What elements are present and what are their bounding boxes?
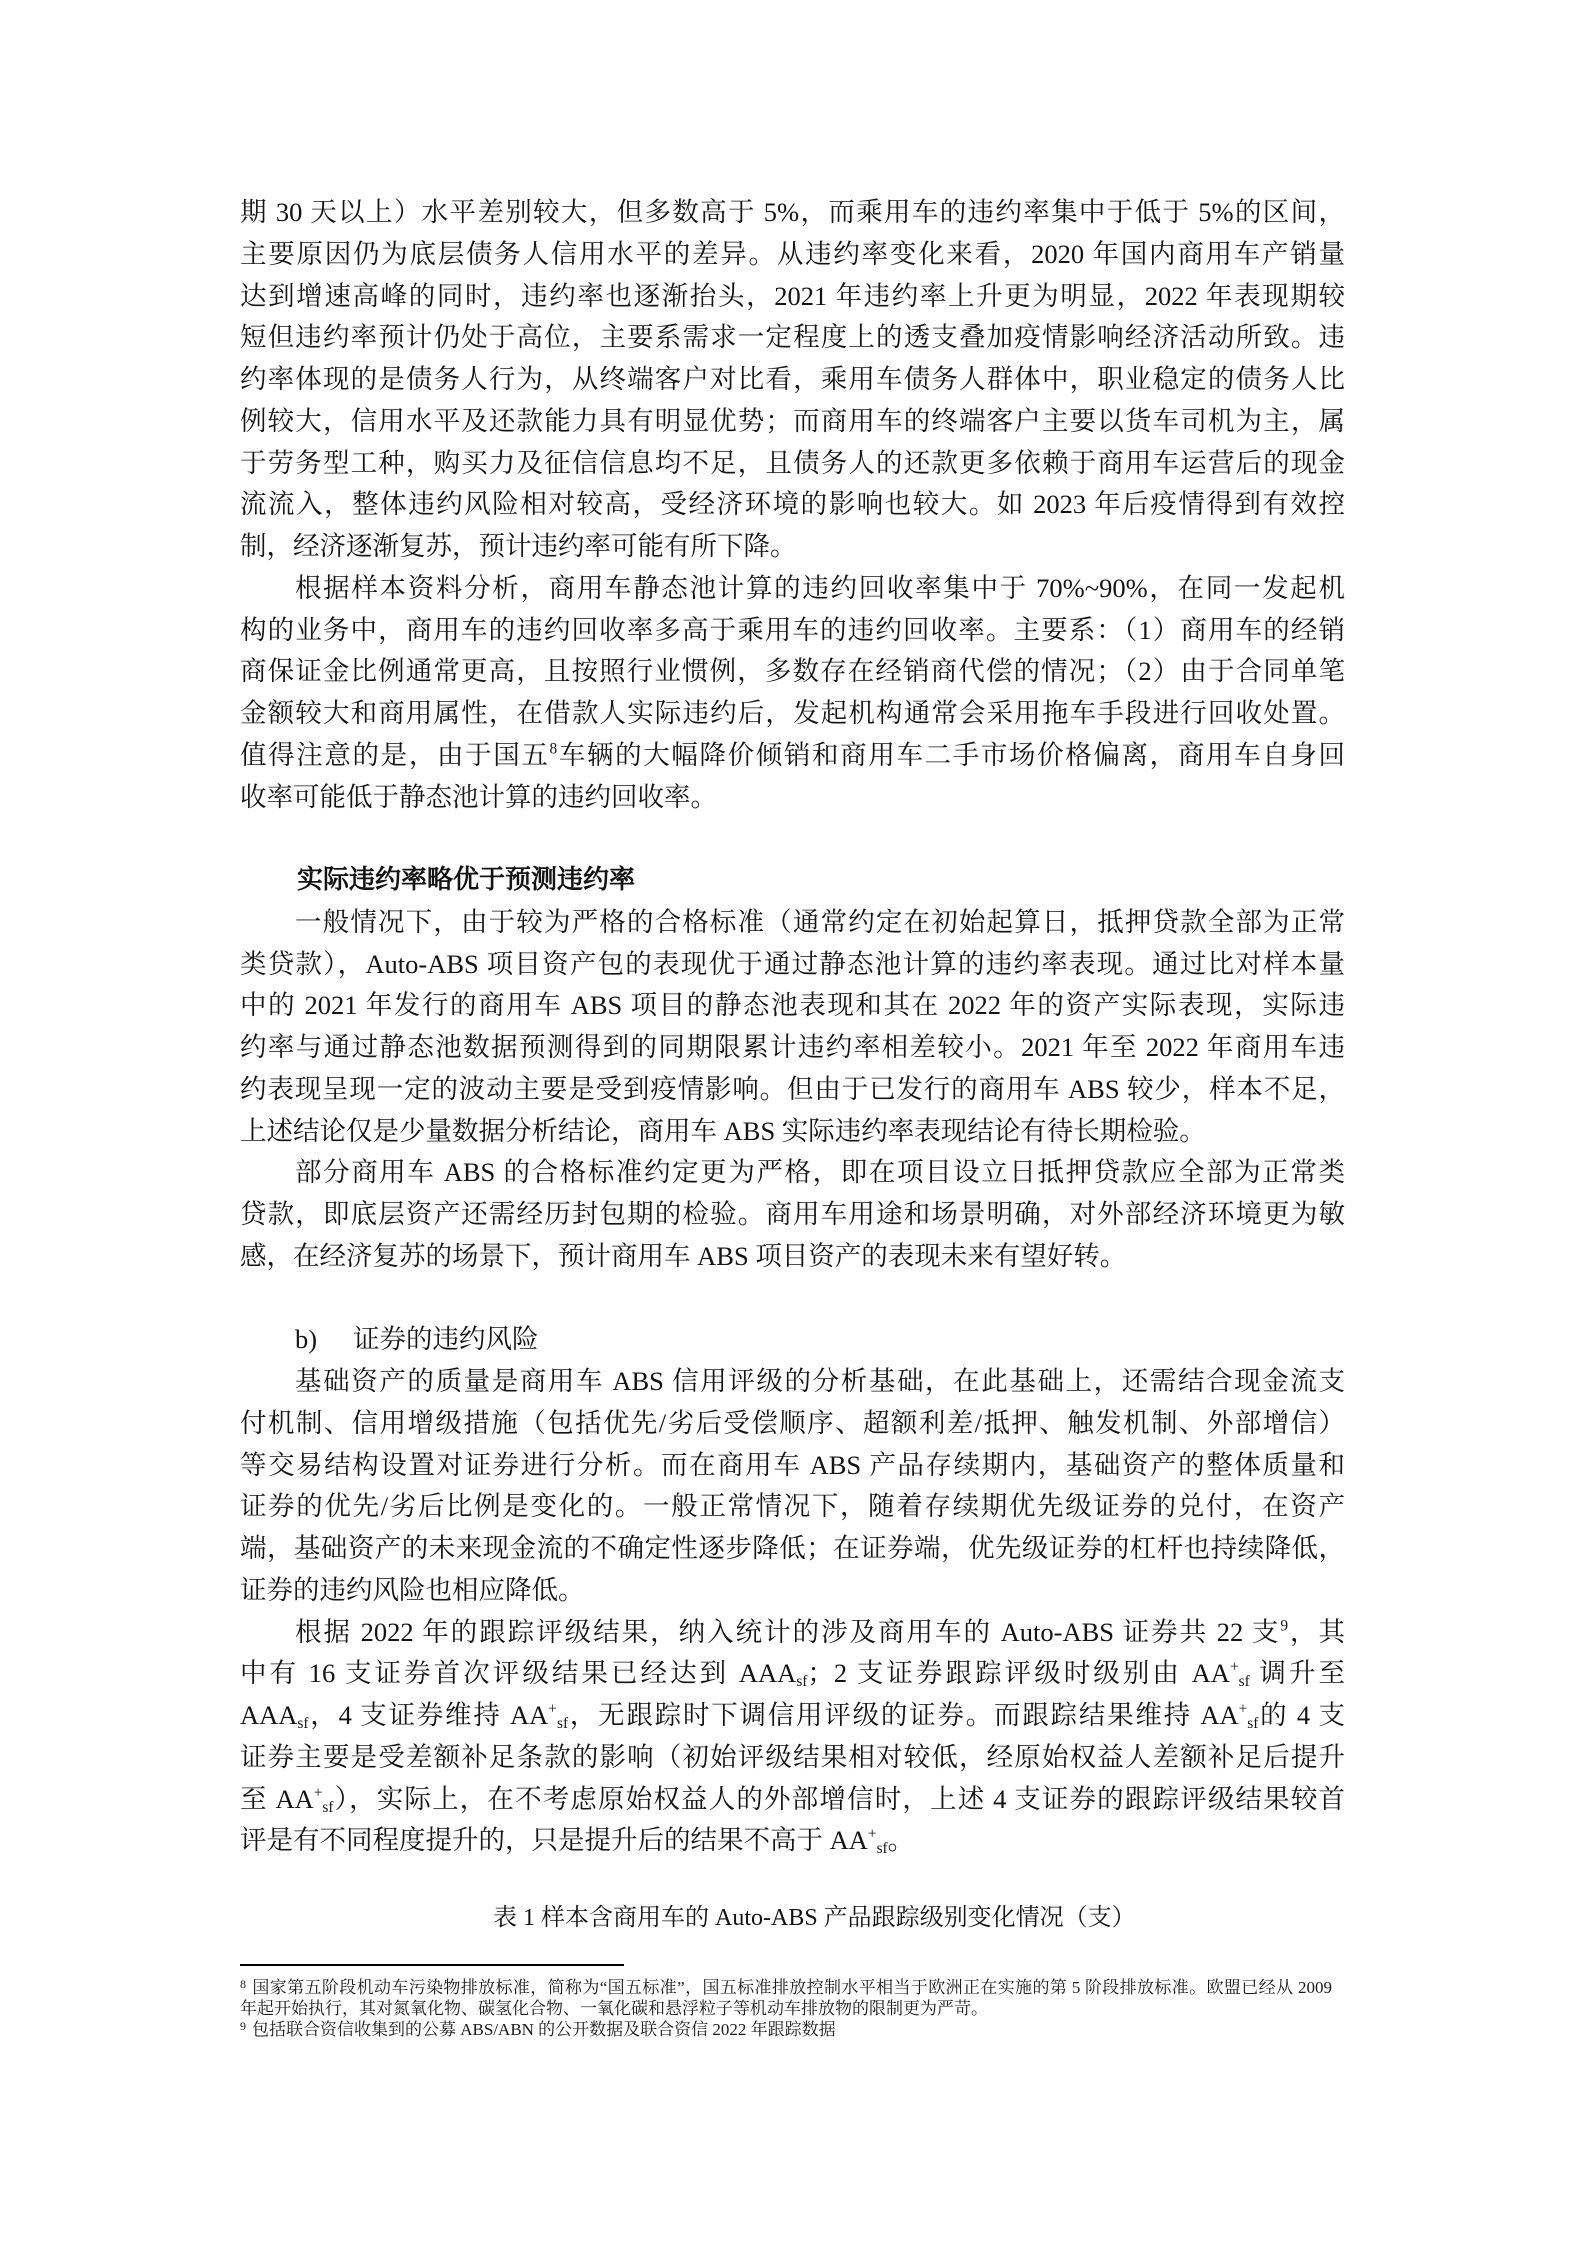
subscript: sf [877,1840,888,1857]
text-line: 收率可能低于静态池计算的违约回收率。 [240,777,1345,819]
footnote-number: 9 [240,2019,246,2033]
superscript: + [868,1826,877,1843]
paragraph-default-rate-comparison: 期 30 天以上）水平差别较大，但多数高于 5%，而乘用车的违约率集中于低于 5… [240,192,1345,568]
paragraph-actual-vs-predicted: 一般情况下，由于较为严格的合格标准（通常约定在初始起算日，抵押贷款全部为正常 类… [240,902,1345,1153]
blank-line [240,1278,1345,1320]
text-line: 类贷款），Auto-ABS 项目资产包的表现优于通过静态池计算的违约率表现。通过… [240,944,1345,986]
superscript: 9 [1280,1617,1288,1634]
text-line: 感，在经济复苏的场景下，预计商用车 ABS 项目资产的表现未来有望好转。 [240,1236,1345,1278]
footnotes: 8国家第五阶段机动车污染物排放标准，简称为“国五标准”，国五标准排放控制水平相当… [240,1977,1332,2040]
footnote-number: 8 [240,1977,246,1991]
text-line: 例较大，信用水平及还款能力具有明显优势；而商用车的终端客户主要以货车司机为主，属 [240,401,1345,443]
subsection-heading: b)证券的违约风险 [240,1319,1345,1361]
text-line: 上述结论仅是少量数据分析结论，商用车 ABS 实际违约率表现结论有待长期检验。 [240,1111,1345,1153]
paragraph-securities-default-risk: 基础资产的质量是商用车 ABS 信用评级的分析基础，在此基础上，还需结合现金流支… [240,1361,1345,1612]
text-line: 约表现呈现一定的波动主要是受到疫情影响。但由于已发行的商用车 ABS 较少，样本… [240,1069,1345,1111]
text-line: 中有 16 支证券首次评级结果已经达到 AAAsf；2 支证券跟踪评级时级别由 … [240,1653,1345,1695]
paragraph-recovery-rate: 根据样本资料分析，商用车静态池计算的违约回收率集中于 70%~90%，在同一发起… [240,568,1345,819]
superscript: + [1230,1659,1239,1676]
section-heading: 实际违约率略优于预测违约率 [240,860,1345,902]
text-line: 至 AA+sf），实际上，在不考虑原始权益人的外部增信时，上述 4 支证券的跟踪… [240,1779,1345,1821]
paragraph-eligibility-criteria: 部分商用车 ABS 的合格标准约定更为严格，即在项目设立日抵押贷款应全部为正常类… [240,1152,1345,1277]
text-line: 短但违约率预计仍处于高位，主要系需求一定程度上的透支叠加疫情影响经济活动所致。违 [240,317,1345,359]
text-line: 主要原因仍为底层债务人信用水平的差异。从违约率变化来看，2020 年国内商用车产… [240,234,1345,276]
footnote-line: 8国家第五阶段机动车污染物排放标准，简称为“国五标准”，国五标准排放控制水平相当… [240,1977,1332,1998]
subscript: sf [297,1715,308,1732]
text-line: 值得注意的是，由于国五8车辆的大幅降价倾销和商用车二手市场价格偏离，商用车自身回 [240,735,1345,777]
text-line: 证券的违约风险也相应降低。 [240,1570,1345,1612]
text-line: 期 30 天以上）水平差别较大，但多数高于 5%，而乘用车的违约率集中于低于 5… [240,192,1345,234]
blank-line [240,818,1345,860]
list-marker: b) [295,1319,353,1361]
text-line: 约率体现的是债务人行为，从终端客户对比看，乘用车债务人群体中，职业稳定的债务人比 [240,359,1345,401]
footnote-line: 9包括联合资信收集到的公募 ABS/ABN 的公开数据及联合资信 2022 年跟… [240,2019,1332,2040]
table-caption: 表 1 样本含商用车的 Auto-ABS 产品跟踪级别变化情况（支） [493,1900,1133,1936]
subscript: sf [1239,1673,1250,1690]
text-line: 构的业务中，商用车的违约回收率多高于乘用车的违约回收率。主要系：（1）商用车的经… [240,610,1345,652]
footnote-9: 9包括联合资信收集到的公募 ABS/ABN 的公开数据及联合资信 2022 年跟… [240,2019,1332,2040]
text-line: 一般情况下，由于较为严格的合格标准（通常约定在初始起算日，抵押贷款全部为正常 [240,902,1345,944]
text-line: AAAsf，4 支证券维持 AA+sf，无跟踪时下调信用评级的证券。而跟踪结果维… [240,1695,1345,1737]
text-line: 达到增速高峰的同时，违约率也逐渐抬头，2021 年违约率上升更为明显，2022 … [240,276,1345,318]
footnote-line: 年起开始执行，其对氮氧化物、碳氢化合物、一氧化碳和悬浮粒子等机动车排放物的限制更… [240,1998,1332,2019]
text-line: 证券主要是受差额补足条款的影响（初始评级结果相对较低，经原始权益人差额补足后提升 [240,1737,1345,1779]
subscript: sf [322,1798,333,1815]
text-line: 根据 2022 年的跟踪评级结果，纳入统计的涉及商用车的 Auto-ABS 证券… [240,1612,1345,1654]
text-line: 根据样本资料分析，商用车静态池计算的违约回收率集中于 70%~90%，在同一发起… [240,568,1345,610]
text-line: 金额较大和商用属性，在借款人实际违约后，发起机构通常会采用拖车手段进行回收处置。 [240,693,1345,735]
superscript: 8 [550,740,558,757]
text-line: 贷款，即底层资产还需经历封包期的检验。商用车用途和场景明确，对外部经济环境更为敏 [240,1194,1345,1236]
paragraph-rating-results: 根据 2022 年的跟踪评级结果，纳入统计的涉及商用车的 Auto-ABS 证券… [240,1612,1345,1863]
footnote-8: 8国家第五阶段机动车污染物排放标准，简称为“国五标准”，国五标准排放控制水平相当… [240,1977,1332,2019]
superscript: + [1239,1700,1248,1717]
subscript: sf [1247,1715,1258,1732]
text-line: 证券的优先/劣后比例是变化的。一般正常情况下，随着存续期优先级证券的兑付，在资产 [240,1486,1345,1528]
text-line: 商保证金比例通常更高，且按照行业惯例，多数存在经销商代偿的情况；（2）由于合同单… [240,651,1345,693]
subscript: sf [557,1715,568,1732]
subsection-heading-text: 证券的违约风险 [353,1324,539,1354]
text-line: 基础资产的质量是商用车 ABS 信用评级的分析基础，在此基础上，还需结合现金流支 [240,1361,1345,1403]
text-line: 约率与通过静态池数据预测得到的同期限累计违约率相差较小。2021 年至 2022… [240,1027,1345,1069]
superscript: + [548,1700,557,1717]
text-line: 于劳务型工种，购买力及征信信息均不足，且债务人的还款更多依赖于商用车运营后的现金 [240,443,1345,485]
text-line: 制，经济逐渐复苏，预计违约率可能有所下降。 [240,526,1345,568]
subscript: sf [796,1673,807,1690]
body-text: 期 30 天以上）水平差别较大，但多数高于 5%，而乘用车的违约率集中于低于 5… [240,192,1345,1862]
footnote-text: 国家第五阶段机动车污染物排放标准，简称为“国五标准”，国五标准排放控制水平相当于… [252,1978,1332,1997]
text-line: 付机制、信用增级措施（包括优先/劣后受偿顺序、超额利差/抵押、触发机制、外部增信… [240,1403,1345,1445]
document-page: 期 30 天以上）水平差别较大，但多数高于 5%，而乘用车的违约率集中于低于 5… [0,0,1586,2244]
footnote-text: 包括联合资信收集到的公募 ABS/ABN 的公开数据及联合资信 2022 年跟踪… [252,2020,836,2039]
footnote-divider [240,1964,624,1966]
text-line: 端，基础资产的未来现金流的不确定性逐步降低；在证券端，优先级证券的杠杆也持续降低… [240,1528,1345,1570]
text-line: 等交易结构设置对证券进行分析。而在商用车 ABS 产品存续期内，基础资产的整体质… [240,1445,1345,1487]
text-line: 部分商用车 ABS 的合格标准约定更为严格，即在项目设立日抵押贷款应全部为正常类 [240,1152,1345,1194]
text-line: 流流入，整体违约风险相对较高，受经济环境的影响也较大。如 2023 年后疫情得到… [240,484,1345,526]
text-line: 评是有不同程度提升的，只是提升后的结果不高于 AA+sf。 [240,1820,1345,1862]
text-line: 中的 2021 年发行的商用车 ABS 项目的静态池表现和其在 2022 年的资… [240,985,1345,1027]
